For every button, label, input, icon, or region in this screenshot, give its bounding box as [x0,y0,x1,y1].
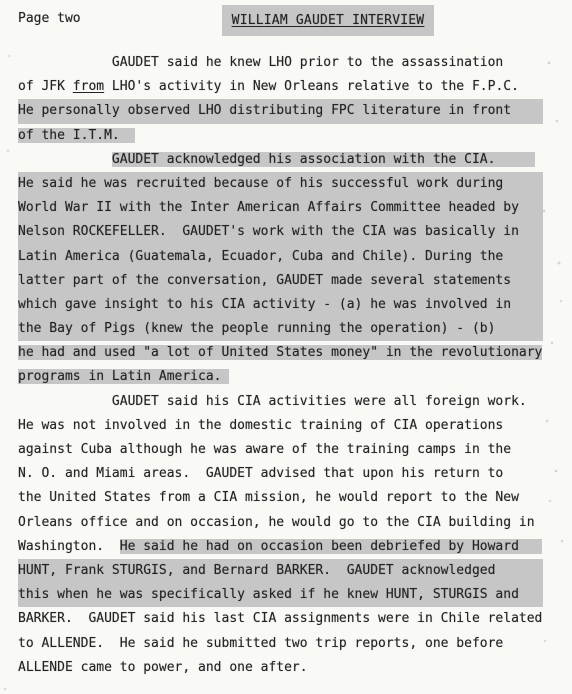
text-line: the Bay of Pigs (knew the people running… [18,317,572,341]
text-segment: GAUDET said he knew LHO prior to the ass… [18,55,503,70]
text-segment: latter part of the conversation, GAUDET … [18,273,511,288]
text-segment: He said he was recruited because of his … [18,176,503,191]
text-segment: LHO's activity in New Orleans relative t… [104,79,519,94]
text-segment [18,152,112,167]
text-segment: this when he was specifically asked if h… [18,587,519,602]
text-line: Orleans office and on occasion, he would… [18,511,572,535]
text-segment: the Bay of Pigs (knew the people running… [18,321,495,336]
text-segment: which gave insight to his CIA activity -… [18,297,511,312]
text-segment: BARKER. GAUDET said his last CIA assignm… [18,611,542,626]
text-line: this when he was specifically asked if h… [18,583,572,607]
text-segment: Latin America (Guatemala, Ecuador, Cuba … [18,249,503,264]
page-number-label: Page two [18,11,81,26]
text-line: GAUDET said he knew LHO prior to the ass… [18,51,572,75]
text-line: He personally observed LHO distributing … [18,99,572,123]
text-line: of JFK from LHO's activity in New Orlean… [18,75,572,99]
text-segment: Orleans office and on occasion, he would… [18,515,535,530]
text-segment: N. O. and Miami areas. GAUDET advised th… [18,466,503,481]
text-line: World War II with the Inter American Aff… [18,196,572,220]
text-line: GAUDET acknowledged his association with… [18,148,572,172]
text-segment: to ALLENDE. He said he submitted two tri… [18,636,503,651]
text-segment: ALLENDE came to power, and one after. [18,660,308,675]
text-line: Latin America (Guatemala, Ecuador, Cuba … [18,245,572,269]
text-segment: He said he had on occasion been debriefe… [120,539,543,554]
text-segment: GAUDET said his CIA activities were all … [18,394,527,409]
text-segment: World War II with the Inter American Aff… [18,200,519,215]
text-segment: Nelson ROCKEFELLER. GAUDET's work with t… [18,224,519,239]
text-line: which gave insight to his CIA activity -… [18,293,572,317]
text-line: ALLENDE came to power, and one after. [18,656,572,680]
text-segment: from [73,79,104,94]
text-segment: GAUDET acknowledged his association with… [112,152,535,167]
text-segment: programs in Latin America. [18,369,229,384]
text-line: Washington. He said he had on occasion b… [18,535,572,559]
text-line: against Cuba although he was aware of th… [18,438,572,462]
text-line: programs in Latin America. [18,365,572,389]
text-segment: he had and used "a lot of United States … [18,345,542,360]
text-line: latter part of the conversation, GAUDET … [18,269,572,293]
document-title: WILLIAM GAUDET INTERVIEW [232,13,425,28]
text-line: the United States from a CIA mission, he… [18,486,572,510]
text-segment: He personally observed LHO distributing … [18,103,511,118]
text-line: BARKER. GAUDET said his last CIA assignm… [18,607,572,631]
text-segment: HUNT, Frank STURGIS, and Bernard BARKER.… [18,563,495,578]
text-segment: against Cuba although he was aware of th… [18,442,511,457]
scanned-document-page: Page two WILLIAM GAUDET INTERVIEW GAUDET… [0,0,572,694]
document-title-highlight-box: WILLIAM GAUDET INTERVIEW [222,5,434,36]
text-segment: He was not involved in the domestic trai… [18,418,503,433]
text-segment: of the I.T.M. [18,128,135,143]
document-body: GAUDET said he knew LHO prior to the ass… [18,51,572,680]
text-line: Nelson ROCKEFELLER. GAUDET's work with t… [18,220,572,244]
text-line: He said he was recruited because of his … [18,172,572,196]
text-line: He was not involved in the domestic trai… [18,414,572,438]
text-line: N. O. and Miami areas. GAUDET advised th… [18,462,572,486]
text-segment: of JFK [18,79,73,94]
text-segment: Washington. [18,539,120,554]
text-line: GAUDET said his CIA activities were all … [18,390,572,414]
text-line: he had and used "a lot of United States … [18,341,572,365]
text-line: of the I.T.M. [18,124,572,148]
text-line: HUNT, Frank STURGIS, and Bernard BARKER.… [18,559,572,583]
text-segment: the United States from a CIA mission, he… [18,490,519,505]
text-line: to ALLENDE. He said he submitted two tri… [18,632,572,656]
scan-noise-specks [0,0,2,2]
